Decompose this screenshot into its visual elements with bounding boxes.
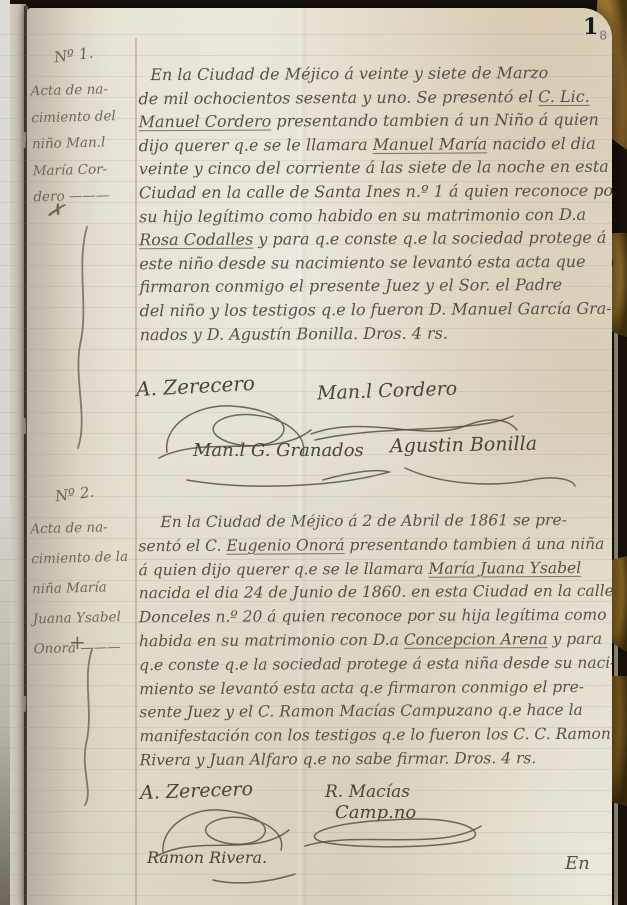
record-number: Nº 2. xyxy=(54,483,95,506)
body-line: de mil ochocientos sesenta y uno. Se pre… xyxy=(138,84,600,110)
margin-line: María Cor- xyxy=(32,155,137,184)
body-line: sente Juez y el C. Ramon Macías Campuzan… xyxy=(139,699,601,725)
folio-digit: 1 xyxy=(583,14,599,40)
signature-witness: Ramon Rivera. xyxy=(147,848,267,867)
record-number: Nº 1. xyxy=(53,44,94,67)
body-line: habida en su matrimonio con D.a Concepci… xyxy=(139,628,601,654)
body-line: á quien dijo querer q.e se le llamara Ma… xyxy=(139,556,601,582)
body-line: dijo querer q.e se le llamara Manuel Mar… xyxy=(139,132,601,158)
body-line: veinte y cinco del corriente á las siete… xyxy=(139,155,601,181)
signature-father: Man.l Cordero xyxy=(317,378,458,405)
body-line: miento se levantó esta acta q.e firmaron… xyxy=(139,675,601,701)
margin-flourish xyxy=(73,223,93,455)
body-line: su hijo legítimo como habido en su matri… xyxy=(139,202,601,228)
body-line: nacida el dia 24 de Junio de 1860. en es… xyxy=(139,580,601,606)
body-line: Manuel Cordero presentando tambien á un … xyxy=(139,108,601,134)
body-line: firmaron conmigo el presente Juez y el S… xyxy=(139,273,601,299)
page-edge-stack xyxy=(0,0,10,905)
catchword: En xyxy=(565,853,590,874)
binding-stitch xyxy=(23,418,27,434)
signature-judge: A. Zerecero xyxy=(140,778,254,804)
folio-subdigit: 8 xyxy=(599,28,608,42)
folio-number: 18 xyxy=(583,14,608,42)
margin-flourish xyxy=(79,646,99,812)
body-line: Ciudad en la calle de Santa Ines n.º 1 á… xyxy=(139,179,601,205)
body-line: En la Ciudad de Méjico á 2 de Abril de 1… xyxy=(138,509,600,535)
body-line: En la Ciudad de Méjico á veinte y siete … xyxy=(138,61,600,87)
record-body-text: En la Ciudad de Méjico á veinte y siete … xyxy=(138,61,601,347)
body-line: nados y D. Agustín Bonilla. Dros. 4 rs. xyxy=(140,320,602,346)
margin-line: niña María xyxy=(32,572,137,605)
body-line: Donceles n.º 20 á quien reconoce por su … xyxy=(139,604,601,630)
scanned-register-photo: { "folio": { "number": "1", "sub": "8" }… xyxy=(0,0,627,905)
margin-line: cimiento del xyxy=(31,102,136,131)
margin-line: niño Man.l xyxy=(32,129,137,158)
signature-flourish xyxy=(183,466,395,494)
body-line: manifestación con los testigos q.e lo fu… xyxy=(139,723,601,749)
margin-annotation: Acta de na- cimiento del niño Man.l Marí… xyxy=(30,76,137,212)
record-body-text: En la Ciudad de Méjico á 2 de Abril de 1… xyxy=(138,509,601,773)
margin-cross-mark: ✗ xyxy=(45,197,66,224)
signature-flourish xyxy=(209,870,301,890)
signature-flourish xyxy=(299,812,487,856)
margin-line: Acta de na- xyxy=(30,512,135,545)
body-line: Rosa Codalles y para q.e conste q.e la s… xyxy=(139,226,601,252)
signature-flourish xyxy=(399,462,581,494)
body-line: q.e conste q.e la sociedad protege á est… xyxy=(139,652,601,678)
body-line: del niño y los testigos q.e lo fueron D.… xyxy=(139,297,601,323)
body-line: sentó el C. Eugenio Onorá presentando ta… xyxy=(138,533,600,559)
binding-stitch xyxy=(23,696,27,712)
body-line: Rivera y Juan Alfaro q.e no sabe firmar.… xyxy=(140,747,602,773)
signature-witness-2: Agustin Bonilla xyxy=(390,433,537,458)
body-line: este niño desde su nacimiento se levantó… xyxy=(139,250,601,276)
margin-line: Acta de na- xyxy=(30,76,135,105)
signature-judge: A. Zerecero xyxy=(135,371,255,401)
signature-witness-1: Man.l G. Granados xyxy=(193,440,364,461)
manuscript-page: 18 Nº 1. Acta de na- cimiento del niño M… xyxy=(27,8,612,905)
margin-line: cimiento de la xyxy=(31,542,136,575)
signature-declarant-line1: R. Macías xyxy=(325,782,410,802)
